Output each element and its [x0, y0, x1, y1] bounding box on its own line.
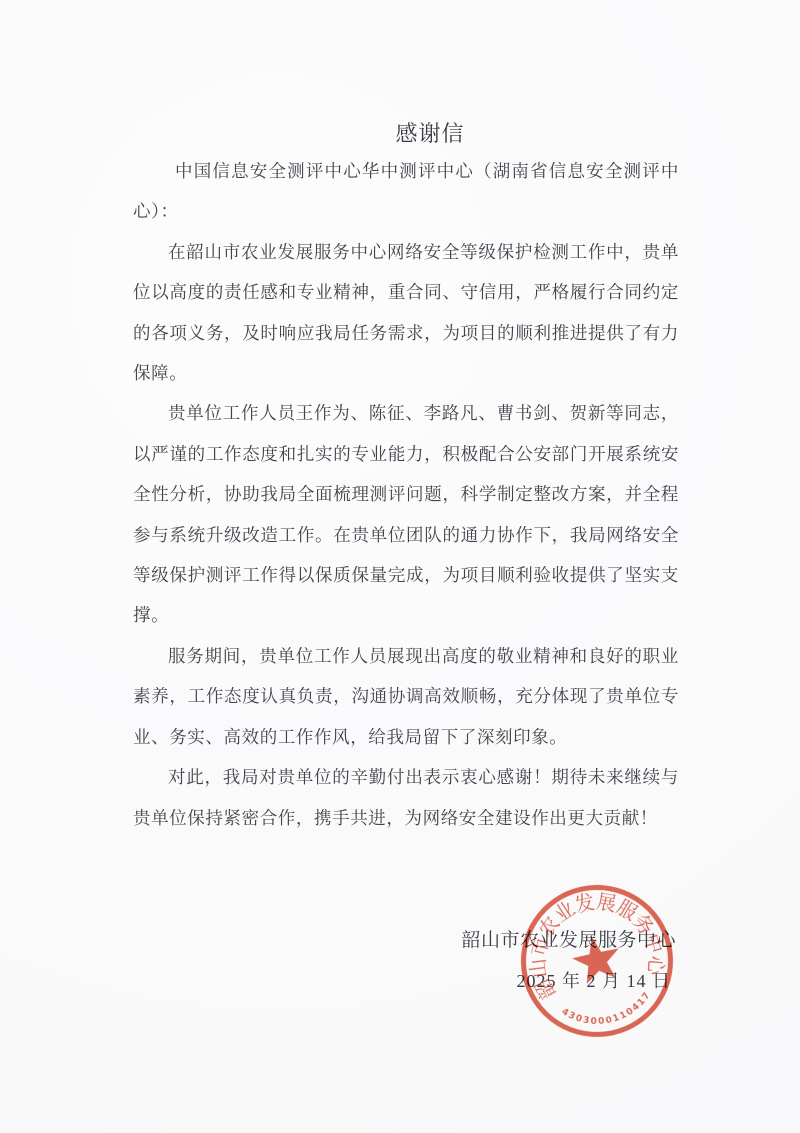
salutation: 中国信息安全测评中心华中测评中心（湖南省信息安全测评中心）：: [133, 151, 679, 232]
official-seal: 韶山市农业发展服务中心 4303000110417: [478, 842, 715, 1079]
seal-graphic: 韶山市农业发展服务中心 4303000110417: [478, 842, 715, 1079]
paragraph-1: 在韶山市农业发展服务中心网络安全等级保护检测工作中，贵单位以高度的责任感和专业精…: [133, 232, 679, 394]
letter-body: 中国信息安全测评中心华中测评中心（湖南省信息安全测评中心）： 在韶山市农业发展服…: [133, 151, 679, 838]
paragraph-3: 服务期间，贵单位工作人员展现出高度的敬业精神和良好的职业素养，工作态度认真负责，…: [133, 636, 679, 757]
letter-page: 感谢信 中国信息安全测评中心华中测评中心（湖南省信息安全测评中心）： 在韶山市农…: [0, 0, 800, 1133]
letter-title: 感谢信: [157, 117, 703, 148]
paragraph-2: 贵单位工作人员王作为、陈征、李路凡、曹书剑、贺新等同志，以严谨的工作态度和扎实的…: [133, 393, 679, 635]
seal-star-icon: [569, 932, 625, 986]
paragraph-4: 对此，我局对贵单位的辛勤付出表示衷心感谢！期待未来继续与贵单位保持紧密合作，携手…: [133, 757, 679, 838]
